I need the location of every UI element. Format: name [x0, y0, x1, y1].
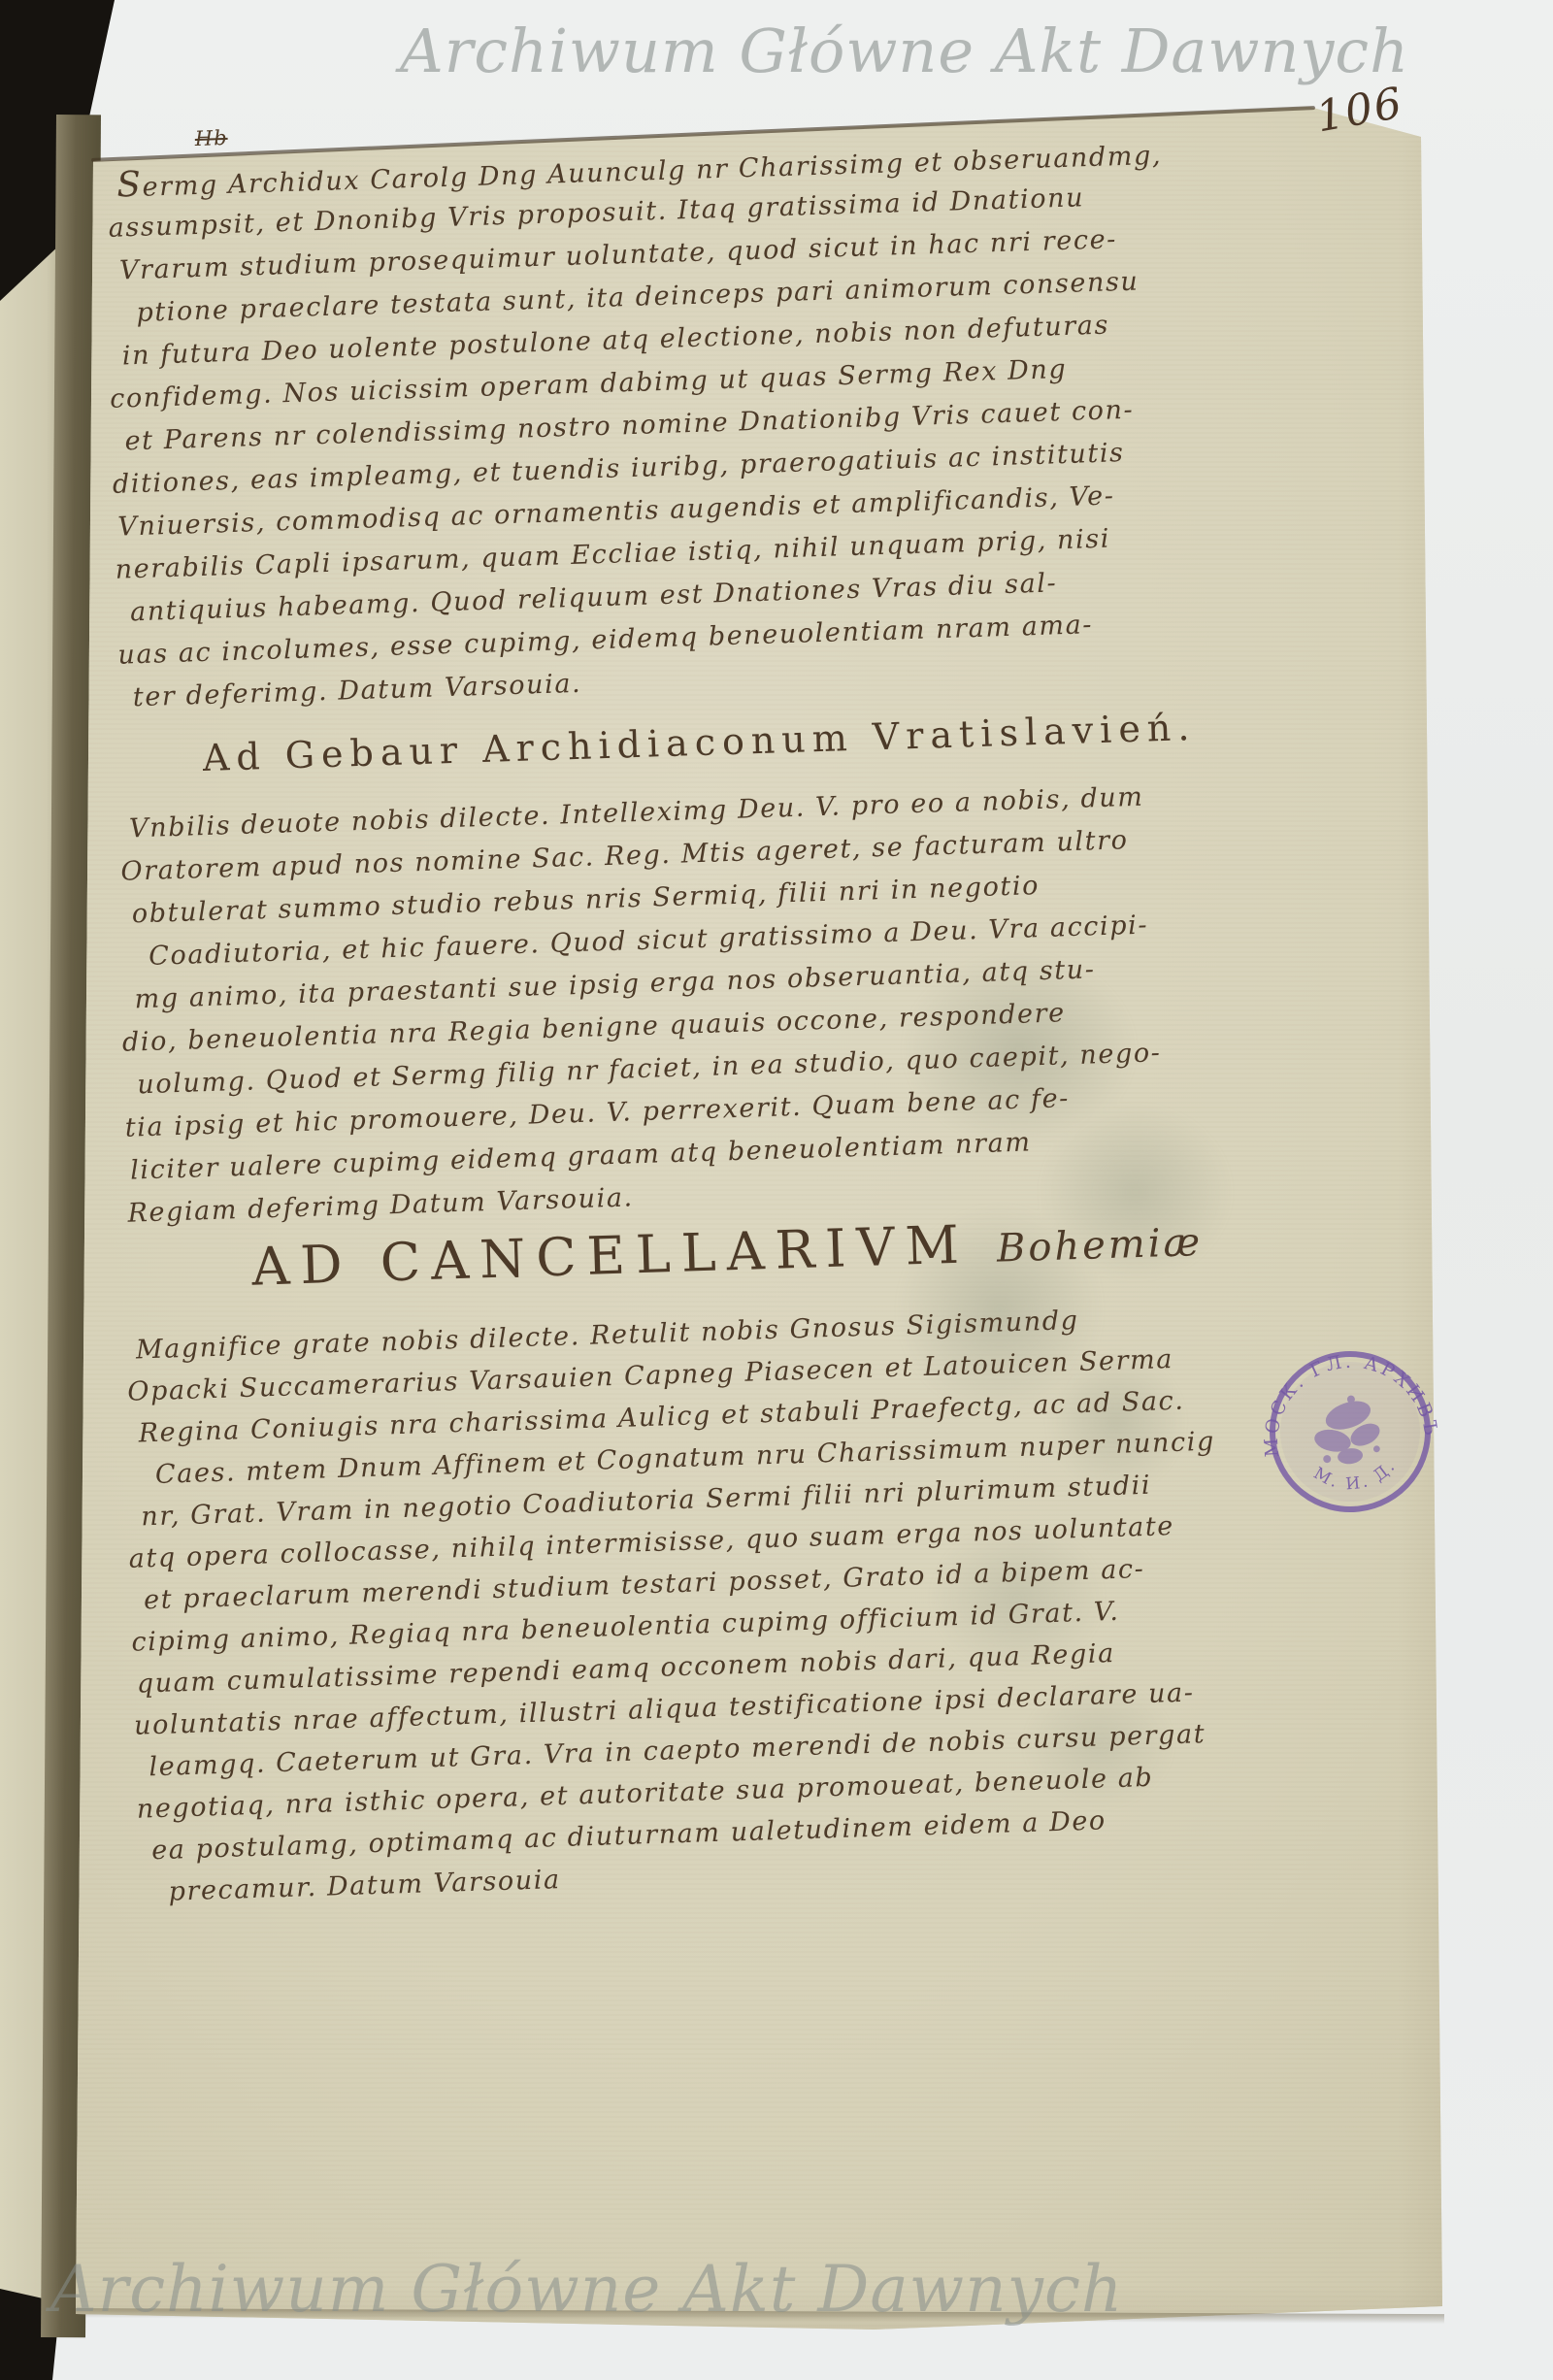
letter-section-gebaur: Vnbilis deuote nobis dilecte. Intellexim…: [115, 776, 1166, 1235]
watermark-bottom: Archiwum Główne Akt Dawnych: [50, 2252, 1123, 2327]
manuscript-scan: 106 Hb Sermg Archidux Carolg Dng Auuncul…: [0, 0, 1553, 2380]
archive-round-stamp: МОСК. ГЛ. АРХИВЪ М. И. Д.: [1252, 1334, 1449, 1531]
letter-section-cancellarium: Magnifice grate nobis dilecte. Retulit n…: [121, 1296, 1229, 1914]
letter-section-archidux: Sermg Archidux Carolg Dng Auunculg nr Ch…: [103, 132, 1179, 720]
insertion-mark: Hb: [194, 126, 228, 150]
heading-cancellarium-small: Bohemiæ: [996, 1220, 1204, 1272]
watermark-top: Archiwum Główne Akt Dawnych: [400, 16, 1409, 86]
